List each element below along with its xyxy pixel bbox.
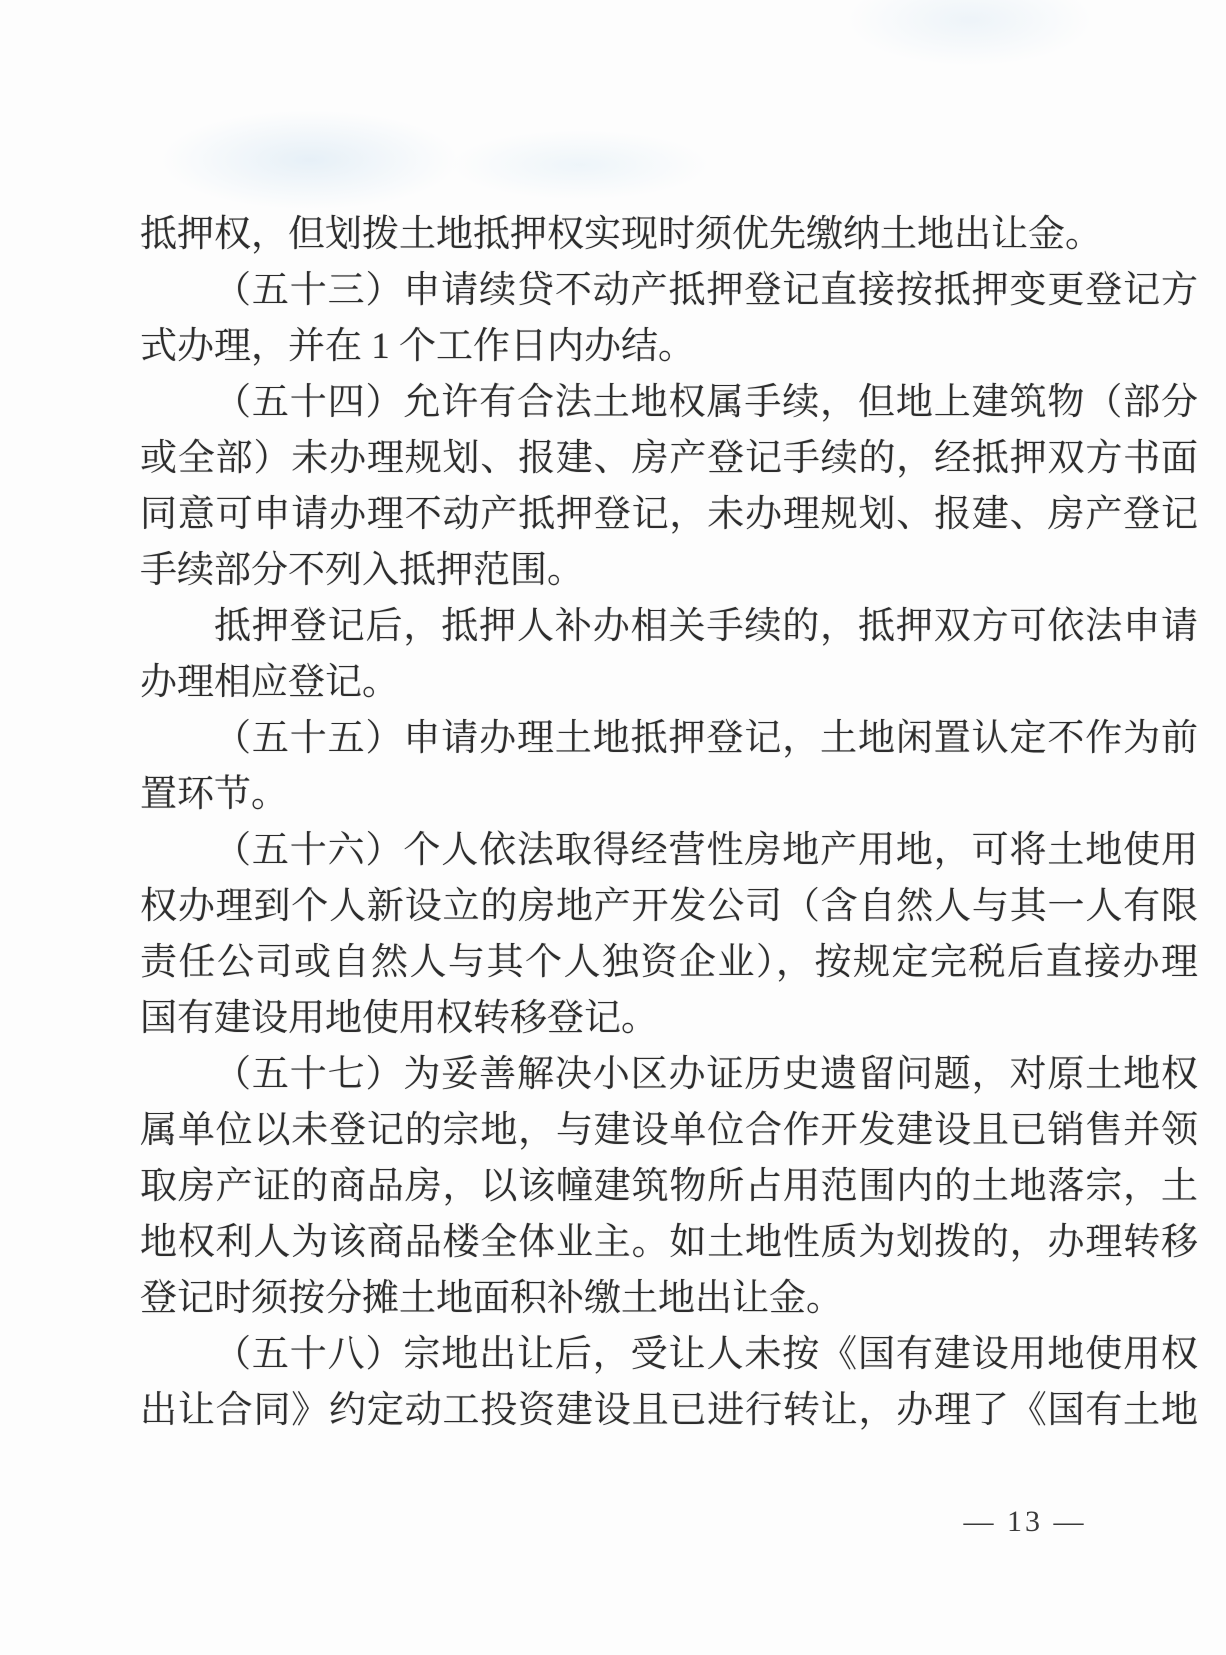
text-line: （五十七）为妥善解决小区办证历史遗留问题，对原土地权 bbox=[140, 1047, 1198, 1103]
document-body: 抵押权，但划拨土地抵押权实现时须优先缴纳土地出让金。（五十三）申请续贷不动产抵押… bbox=[140, 207, 1198, 1439]
scan-smudge bbox=[450, 130, 710, 200]
text-line: （五十六）个人依法取得经营性房地产用地，可将土地使用 bbox=[140, 823, 1198, 879]
text-line: 手续部分不列入抵押范围。 bbox=[140, 543, 1198, 599]
scan-smudge bbox=[160, 110, 460, 210]
text-line: 责任公司或自然人与其个人独资企业），按规定完税后直接办理 bbox=[140, 935, 1198, 991]
text-line: 式办理，并在 1 个工作日内办结。 bbox=[140, 319, 1198, 375]
text-line: 登记时须按分摊土地面积补缴土地出让金。 bbox=[140, 1271, 1198, 1327]
text-line: 权办理到个人新设立的房地产开发公司（含自然人与其一人有限 bbox=[140, 879, 1198, 935]
text-line: 出让合同》约定动工投资建设且已进行转让，办理了《国有土地 bbox=[140, 1383, 1198, 1439]
text-line: （五十八）宗地出让后，受让人未按《国有建设用地使用权 bbox=[140, 1327, 1198, 1383]
text-line: 或全部）未办理规划、报建、房产登记手续的，经抵押双方书面 bbox=[140, 431, 1198, 487]
text-line: 同意可申请办理不动产抵押登记，未办理规划、报建、房产登记 bbox=[140, 487, 1198, 543]
text-line: 地权利人为该商品楼全体业主。如土地性质为划拨的，办理转移 bbox=[140, 1215, 1198, 1271]
text-line: 国有建设用地使用权转移登记。 bbox=[140, 991, 1198, 1047]
text-line: 抵押登记后，抵押人补办相关手续的，抵押双方可依法申请 bbox=[140, 599, 1198, 655]
text-line: 办理相应登记。 bbox=[140, 655, 1198, 711]
text-line: 置环节。 bbox=[140, 767, 1198, 823]
text-line: 属单位以未登记的宗地，与建设单位合作开发建设且已销售并领 bbox=[140, 1103, 1198, 1159]
text-line: 取房产证的商品房，以该幢建筑物所占用范围内的土地落宗，土 bbox=[140, 1159, 1198, 1215]
text-line: （五十五）申请办理土地抵押登记，土地闲置认定不作为前 bbox=[140, 711, 1198, 767]
text-line: 抵押权，但划拨土地抵押权实现时须优先缴纳土地出让金。 bbox=[140, 207, 1198, 263]
page-number: — 13 — bbox=[940, 1505, 1110, 1539]
document-page: 抵押权，但划拨土地抵押权实现时须优先缴纳土地出让金。（五十三）申请续贷不动产抵押… bbox=[0, 0, 1226, 1655]
text-line: （五十四）允许有合法土地权属手续，但地上建筑物（部分 bbox=[140, 375, 1198, 431]
text-line: （五十三）申请续贷不动产抵押登记直接按抵押变更登记方 bbox=[140, 263, 1198, 319]
scan-smudge bbox=[850, 0, 1090, 65]
